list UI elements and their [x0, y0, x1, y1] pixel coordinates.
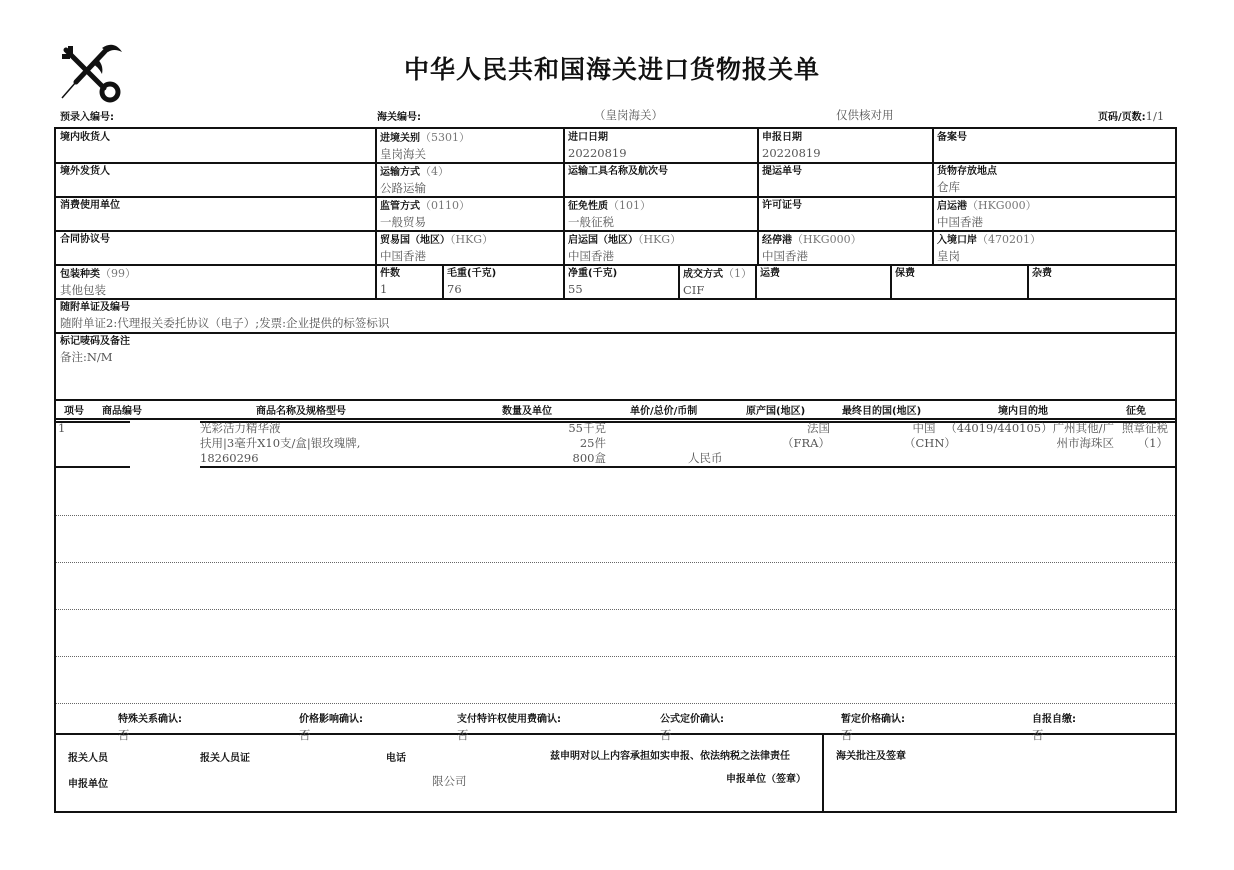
license-number-field: 许可证号 [762, 199, 802, 213]
goods-origin: 法国 （FRA） [776, 421, 830, 451]
goods-header-quantity: 数量及单位 [502, 402, 552, 417]
net-weight-field: 净重(千克) 55 [568, 267, 617, 297]
legal-statement: 兹申明对以上内容承担如实申报、依法纳税之法律责任 [550, 747, 790, 762]
entry-customs-field: 进境关别（5301） 皇岗海关 [380, 131, 470, 162]
customs-office-name: （皇岗海关） [594, 107, 663, 123]
goods-levy: 照章征税 （1） [1114, 421, 1168, 451]
goods-header-levy: 征免 [1126, 402, 1146, 417]
levy-nature-field: 征免性质（101） 一般征税 [568, 199, 651, 230]
transport-mode-field: 运输方式（4） 公路运输 [380, 165, 449, 196]
departure-port-field: 启运港（HKG000） 中国香港 [937, 199, 1037, 230]
attached-documents-field: 随附单证及编号 随附单证2:代理报关委托协议（电子）;发票:企业提供的标签标识 [60, 301, 389, 331]
declarant-cert-label: 报关人员证 [200, 749, 250, 764]
price-influence-confirm: 价格影响确认:否 [299, 713, 363, 743]
entry-port-field: 入境口岸（470201） 皇岗 [937, 233, 1041, 264]
declaration-date-field: 申报日期 20220819 [762, 131, 821, 161]
domestic-consignee-field: 境内收货人 [60, 131, 110, 145]
package-count-field: 件数 1 [380, 267, 400, 297]
special-relationship-confirm: 特殊关系确认:否 [118, 713, 182, 743]
declaring-unit-seal: 申报单位（签章） [726, 770, 806, 785]
watermark-text: 仅供核对用 [836, 107, 894, 123]
goods-header-domestic-dest: 境内目的地 [998, 402, 1048, 417]
goods-domestic-dest: （44019/440105）广州其他/广 州市海珠区 [944, 421, 1114, 451]
trade-country-field: 贸易国（地区）（HKG） 中国香港 [380, 233, 493, 264]
page-indicator: 页码/页数:1/1 [1098, 108, 1164, 123]
declarant-label: 报关人员 [68, 749, 108, 764]
goods-dest-country: 中国 （CHN） [904, 421, 944, 451]
package-type-field: 包装种类（99） 其他包装 [60, 267, 136, 298]
goods-header-hs-code: 商品编号 [102, 402, 142, 417]
insurance-field: 保费 [895, 267, 915, 281]
storage-location-field: 货物存放地点 仓库 [937, 165, 997, 195]
goods-header-name-spec: 商品名称及规格型号 [256, 402, 346, 417]
import-date-field: 进口日期 20220819 [568, 131, 627, 161]
page-label: 页码/页数: [1098, 112, 1146, 123]
page-title: 中华人民共和国海关进口货物报关单 [404, 50, 820, 86]
goods-header-price: 单价/总价/币制 [630, 402, 697, 417]
consumer-unit-field: 消费使用单位 [60, 199, 120, 213]
transaction-mode-field: 成交方式（1） CIF [683, 267, 752, 298]
declaring-unit-label: 申报单位 [68, 775, 108, 790]
phone-label: 电话 [386, 749, 406, 764]
contract-number-field: 合同协议号 [60, 233, 110, 247]
misc-fees-field: 杂费 [1032, 267, 1052, 281]
goods-name-spec: 光彩活力精华液 扶用|3毫升X10支/盒|银玫瑰牌, 18260296 [200, 421, 360, 466]
transit-port-field: 经停港（HKG000） 中国香港 [762, 233, 862, 264]
freight-field: 运费 [760, 267, 780, 281]
pre-entry-number-label: 预录入编号: [60, 108, 114, 123]
page-value: 1/1 [1146, 109, 1165, 123]
customs-emblem-icon [58, 38, 124, 104]
gross-weight-field: 毛重(千克) 76 [447, 267, 496, 297]
provisional-price-confirm: 暂定价格确认:否 [841, 713, 905, 743]
self-declare-self-pay-confirm: 自报自缴:否 [1032, 713, 1076, 743]
declaring-unit-value: 限公司 [432, 773, 467, 789]
goods-item-no: 1 [58, 421, 65, 435]
overseas-consignor-field: 境外发货人 [60, 165, 110, 179]
goods-header-dest-country: 最终目的国(地区) [842, 402, 921, 417]
declaration-form: 境内收货人 进境关别（5301） 皇岗海关 进口日期 20220819 申报日期… [54, 127, 1177, 813]
record-number-field: 备案号 [937, 131, 967, 145]
marks-remarks-field: 标记唛码及备注 备注:N/M [60, 335, 130, 365]
customs-approval-label: 海关批注及签章 [836, 747, 906, 762]
goods-currency: 人民币 [688, 451, 723, 466]
royalty-payment-confirm: 支付特许权使用费确认:否 [457, 713, 561, 743]
goods-header-item-no: 项号 [64, 402, 84, 417]
goods-quantity: 55千克 25件 800盒 [546, 421, 606, 466]
customs-number-label: 海关编号: [377, 108, 421, 123]
departure-country-field: 启运国（地区）（HKG） 中国香港 [568, 233, 681, 264]
supervision-mode-field: 监管方式（0110） 一般贸易 [380, 199, 470, 230]
formula-pricing-confirm: 公式定价确认:否 [660, 713, 724, 743]
goods-header-origin: 原产国(地区) [746, 402, 805, 417]
bill-of-lading-field: 提运单号 [762, 165, 802, 179]
vessel-voyage-field: 运输工具名称及航次号 [568, 165, 668, 179]
